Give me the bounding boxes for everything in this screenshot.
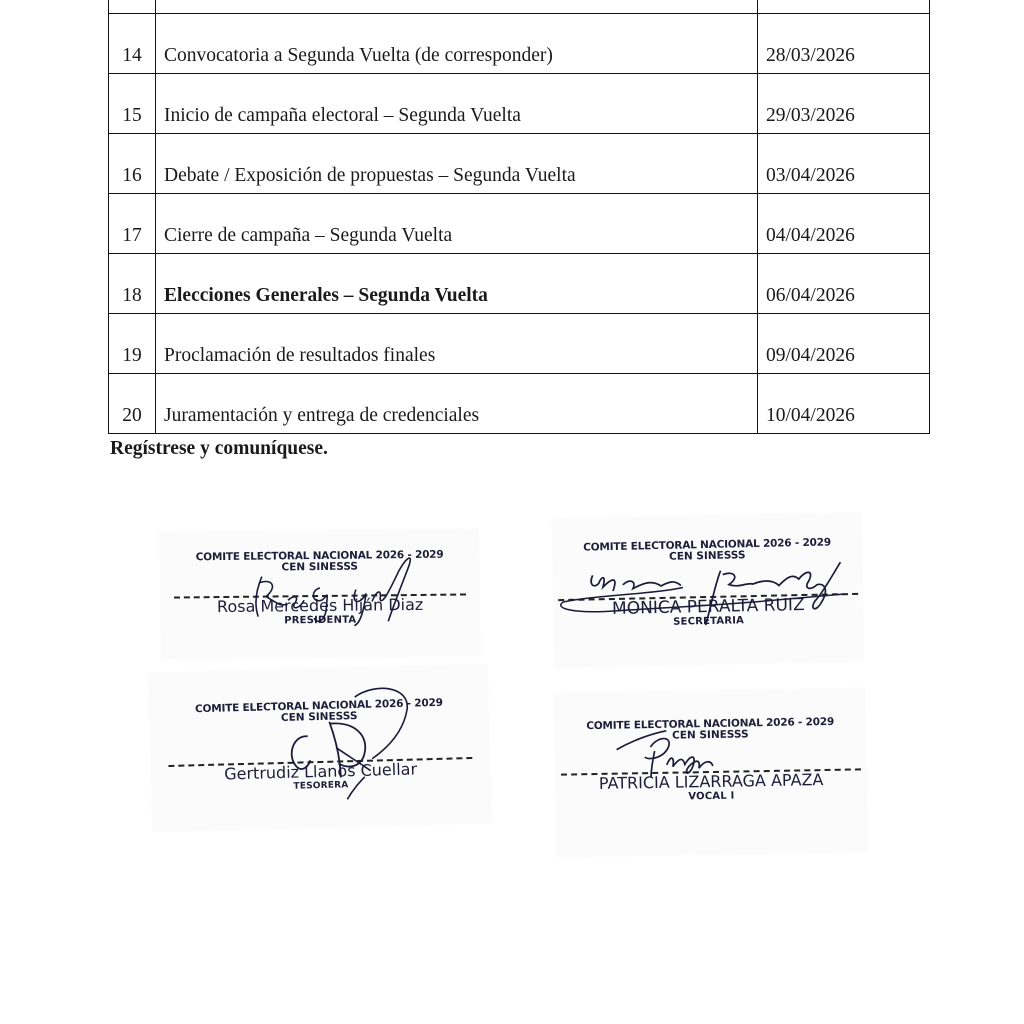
- table-row: 14 Convocatoria a Segunda Vuelta (de cor…: [109, 14, 930, 74]
- table-row: 19 Proclamación de resultados finales 09…: [109, 314, 930, 374]
- row-date: [758, 0, 930, 14]
- row-number: 14: [109, 14, 156, 74]
- table-row: 20 Juramentación y entrega de credencial…: [109, 374, 930, 434]
- row-number: 20: [109, 374, 156, 434]
- row-number: 16: [109, 134, 156, 194]
- row-activity: Debate / Exposición de propuestas – Segu…: [156, 134, 758, 194]
- row-activity: Juramentación y entrega de credenciales: [156, 374, 758, 434]
- signature-stamp-tesorera: COMITE ELECTORAL NACIONAL 2026 - 2029 CE…: [148, 664, 492, 833]
- row-date: 04/04/2026: [758, 194, 930, 254]
- row-activity: Convocatoria a Segunda Vuelta (de corres…: [156, 14, 758, 74]
- row-activity: [156, 0, 758, 14]
- signature-stamp-presidenta: COMITE ELECTORAL NACIONAL 2026 - 2029 CE…: [159, 528, 480, 659]
- signature-stamp-secretaria: COMITE ELECTORAL NACIONAL 2026 - 2029 CE…: [551, 512, 864, 668]
- row-date: 03/04/2026: [758, 134, 930, 194]
- table-row: 17 Cierre de campaña – Segunda Vuelta 04…: [109, 194, 930, 254]
- table-row: 15 Inicio de campaña electoral – Segunda…: [109, 74, 930, 134]
- document-page: 14 Convocatoria a Segunda Vuelta (de cor…: [0, 0, 1024, 1024]
- table-row-highlighted: 18 Elecciones Generales – Segunda Vuelta…: [109, 254, 930, 314]
- row-number: 18: [109, 254, 156, 314]
- row-date: 28/03/2026: [758, 14, 930, 74]
- row-date: 06/04/2026: [758, 254, 930, 314]
- signature-stamp-vocal: COMITE ELECTORAL NACIONAL 2026 - 2029 CE…: [554, 687, 869, 857]
- row-activity: Proclamación de resultados finales: [156, 314, 758, 374]
- row-activity: Cierre de campaña – Segunda Vuelta: [156, 194, 758, 254]
- row-date: 29/03/2026: [758, 74, 930, 134]
- row-activity: Inicio de campaña electoral – Segunda Vu…: [156, 74, 758, 134]
- row-date: 10/04/2026: [758, 374, 930, 434]
- election-schedule-table: 14 Convocatoria a Segunda Vuelta (de cor…: [108, 0, 930, 434]
- row-number: [109, 0, 156, 14]
- row-activity: Elecciones Generales – Segunda Vuelta: [156, 254, 758, 314]
- closing-statement: Regístrese y comuníquese.: [110, 438, 328, 460]
- signer-role: PRESIDENTA: [160, 613, 480, 627]
- row-number: 19: [109, 314, 156, 374]
- row-date: 09/04/2026: [758, 314, 930, 374]
- table-row: [109, 0, 930, 14]
- table-row: 16 Debate / Exposición de propuestas – S…: [109, 134, 930, 194]
- row-number: 17: [109, 194, 156, 254]
- row-number: 15: [109, 74, 156, 134]
